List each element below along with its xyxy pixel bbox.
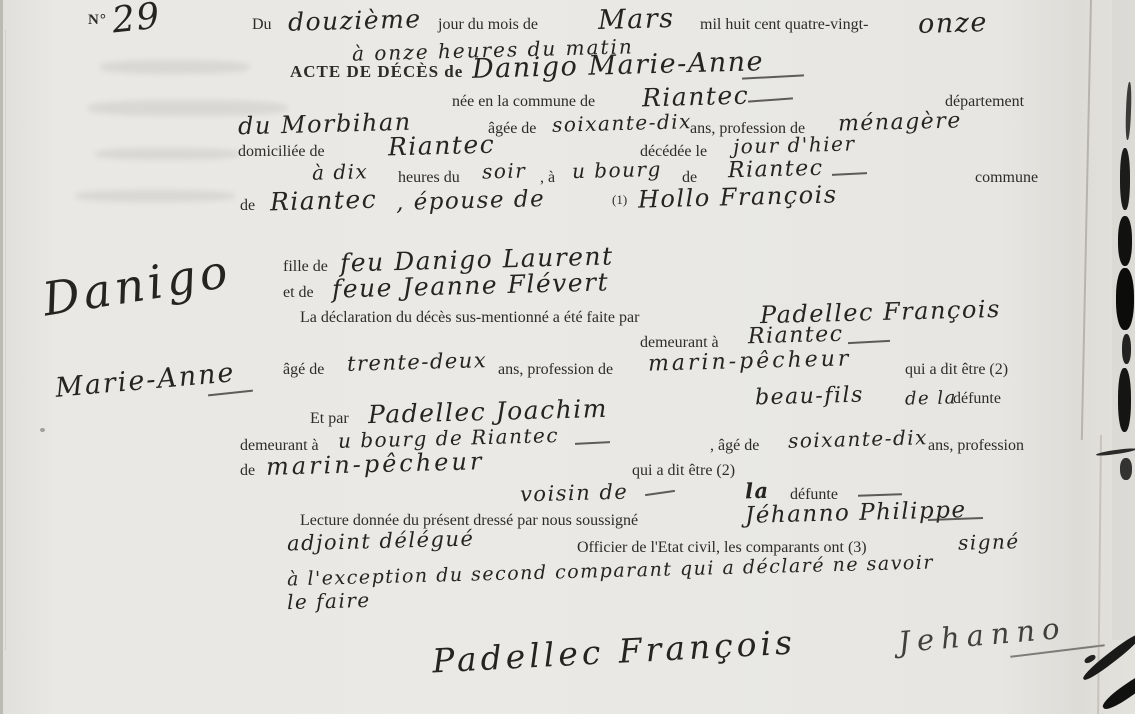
act-number-value: 29 xyxy=(110,0,163,41)
entry-spouse-prefix: , épouse de xyxy=(396,186,546,216)
entry-declarant1-profession: marin-pêcheur xyxy=(648,346,852,376)
page-left-edge xyxy=(0,0,3,714)
ink-flourish xyxy=(748,97,793,102)
binding-mark xyxy=(1118,216,1132,266)
entry-department: du Morbihan xyxy=(238,108,412,141)
page-right-crease xyxy=(1081,0,1092,440)
printed-de3: de xyxy=(240,462,255,480)
bleedthrough-mark xyxy=(95,148,240,160)
ink-flourish xyxy=(832,172,867,176)
printed-birthplace-label: née en la commune de xyxy=(452,93,595,111)
entry-defunte2-article: la xyxy=(745,478,770,504)
printed-residence-label: domiciliée de xyxy=(238,143,325,161)
margin-deceased-firstnames: Marie-Anne xyxy=(54,357,237,404)
binding-mark xyxy=(1122,334,1131,364)
ink-flourish xyxy=(858,493,902,497)
printed-second-declarant-label: Et par xyxy=(310,410,349,428)
entry-declarant1-residence: Riantec xyxy=(748,322,844,349)
printed-age-label: âgée de xyxy=(488,120,536,138)
binding-mark xyxy=(1118,368,1131,432)
entry-declarant1-age: trente-deux xyxy=(347,348,488,376)
entry-declarant2-name: Padellec Joachim xyxy=(368,394,609,429)
entry-residence: Riantec xyxy=(388,130,496,162)
printed-day-label: jour du mois de xyxy=(438,16,538,34)
printed-de2: de xyxy=(240,197,255,215)
entry-declarant2-age: soixante-dix xyxy=(788,425,928,453)
corner-ink-streak xyxy=(1100,668,1135,713)
printed-note1: (1) xyxy=(612,192,627,208)
entry-birthplace: Riantec xyxy=(642,81,750,113)
entry-death-place: u bourg xyxy=(572,157,662,183)
entry-death-commune: Riantec xyxy=(728,156,824,183)
margin-deceased-surname: Danigo xyxy=(39,243,235,326)
entry-month: Mars xyxy=(598,3,675,36)
printed-day-prefix: Du xyxy=(252,16,272,34)
printed-relation-label: qui a dit être (2) xyxy=(905,361,1008,379)
entry-signed: signé xyxy=(958,529,1020,555)
entry-commune2: Riantec xyxy=(270,185,378,217)
binding-mark xyxy=(1120,458,1132,480)
ink-flourish xyxy=(645,490,675,496)
printed-mother-label: et de xyxy=(283,284,314,302)
entry-defunte-article: de la xyxy=(905,387,957,409)
printed-year-prefix: mil huit cent quatre-vingt- xyxy=(700,16,868,34)
entry-officer-title: adjoint délégué xyxy=(287,527,475,556)
entry-declarant2-relation: voisin de xyxy=(520,480,629,507)
entry-spouse-name: Hollo François xyxy=(638,180,838,213)
ink-flourish xyxy=(208,390,253,397)
printed-relation2-label: qui a dit être (2) xyxy=(632,462,735,480)
entry-exception-note2: le faire xyxy=(287,588,371,614)
binding-mark xyxy=(1120,148,1130,210)
printed-declarant2-profession-label: ans, profession xyxy=(928,437,1024,455)
entry-year-suffix: onze xyxy=(918,7,989,40)
entry-deceased-name: Danigo Marie-Anne xyxy=(472,46,765,85)
binding-mark xyxy=(1116,268,1134,330)
entry-age: soixante-dix xyxy=(552,109,692,137)
death-record-page: N° 29 Danigo Marie-Anne Du douzième jour… xyxy=(0,0,1135,714)
ink-flourish xyxy=(575,441,610,445)
entry-mother: feue Jeanne Flévert xyxy=(332,267,610,303)
printed-defunte: défunte xyxy=(953,390,1001,408)
bleedthrough-mark xyxy=(100,60,250,74)
entry-declarant1-relation: beau-fils xyxy=(755,383,864,411)
ink-speck xyxy=(40,428,45,432)
printed-hours-label: heures du xyxy=(398,169,460,187)
act-number-label: N° xyxy=(88,12,107,29)
bleedthrough-mark xyxy=(75,190,235,202)
entry-death-date: jour d'hier xyxy=(733,131,856,158)
printed-commune-label: commune xyxy=(975,169,1038,187)
entry-death-hour: à dix xyxy=(312,159,369,184)
entry-day-ordinal: douzième xyxy=(288,4,422,36)
entry-officer-name: Jéhanno Philippe xyxy=(745,497,967,529)
entry-death-period: soir xyxy=(482,158,527,183)
entry-declarant2-profession: marin-pêcheur xyxy=(266,447,485,481)
printed-act-title: ACTE DE DÉCÈS de xyxy=(290,62,463,82)
printed-declarant-age-label: âgé de xyxy=(283,361,324,379)
printed-declaration-label: La déclaration du décès sus-mentionné a … xyxy=(300,309,639,327)
printed-declarant-profession-label: ans, profession de xyxy=(498,361,613,379)
page-left-crease xyxy=(5,30,6,650)
ink-flourish xyxy=(848,340,890,344)
entry-exception-note: à l'exception du second comparant qui a … xyxy=(287,552,934,591)
declarant-signature: Padellec François xyxy=(431,622,797,680)
printed-place-prefix: , à xyxy=(540,169,555,187)
printed-declarant2-age-label: , âgé de xyxy=(710,437,759,455)
printed-father-label: fille de xyxy=(283,258,328,276)
entry-profession: ménagère xyxy=(838,108,962,136)
